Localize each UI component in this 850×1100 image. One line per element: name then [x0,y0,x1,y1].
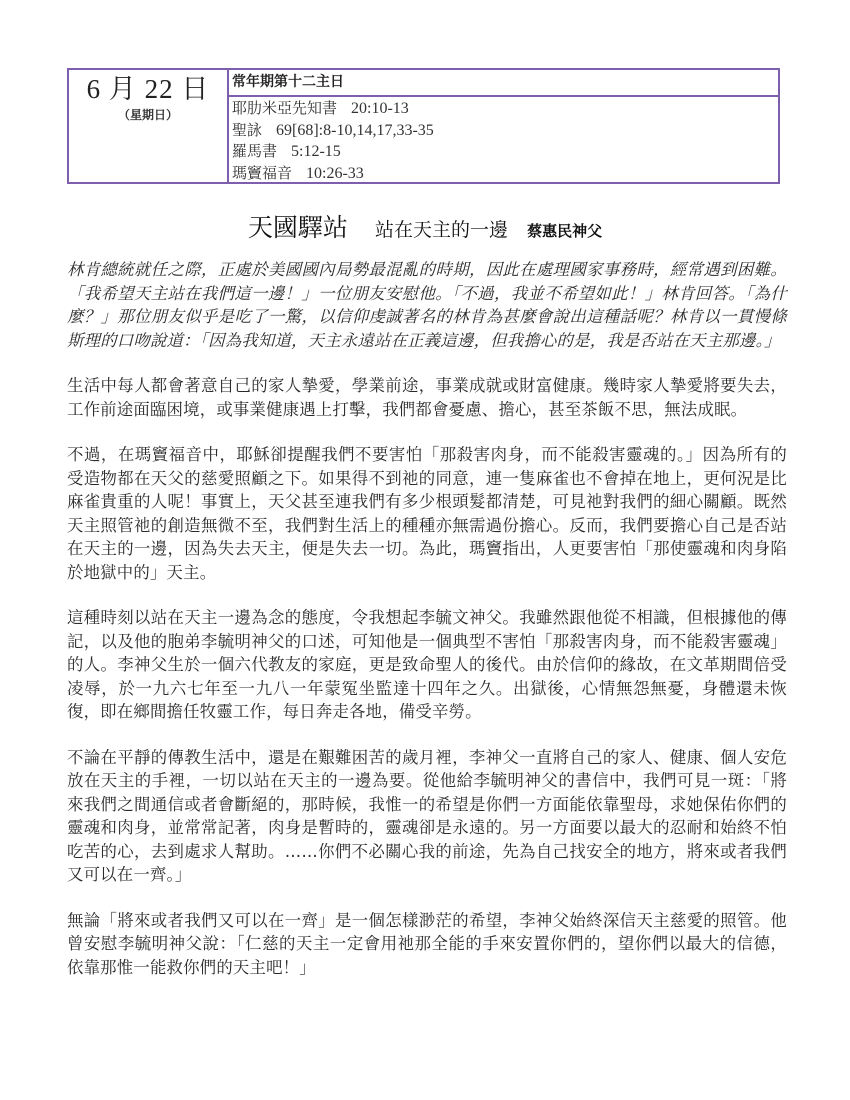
reading-book: 瑪竇福音 [232,164,292,182]
reading-book: 耶肋米亞先知書 [232,99,337,117]
reading-ref: 10:26-33 [306,165,364,182]
reading-gospel: 瑪竇福音10:26-33 [232,163,778,185]
reading-second: 羅馬書5:12-15 [232,141,778,163]
article-title: 站在天主的一邊 [375,219,508,241]
paragraph: 生活中每人都會著意自己的家人摯愛，學業前途，事業成就或財富健康。幾時家人摯愛將要… [67,374,787,421]
readings-list: 耶肋米亞先知書20:10-13 聖詠69[68]:8-10,14,17,33-3… [229,97,778,184]
paragraph: 這種時刻以站在天主一邊為念的態度，令我想起李毓文神父。我雖然跟他從不相識，但根據… [67,606,787,724]
date-cell: 6 月 22 日 （星期日） [69,70,229,182]
reading-ref: 69[68]:8-10,14,17,33-35 [276,122,434,139]
weekday: （星期日） [69,106,227,124]
paragraph: 不論在平靜的傳教生活中，還是在艱難困苦的歲月裡，李神父一直將自己的家人、健康、個… [67,746,787,887]
reading-ref: 20:10-13 [351,100,409,117]
liturgical-calendar-table: 6 月 22 日 （星期日） 常年期第十二主日 耶肋米亞先知書20:10-13 … [67,68,780,184]
article-body: 林肯總統就任之際，正處於美國國內局勢最混亂的時期，因此在處理國家事務時，經常遇到… [67,258,787,1001]
reading-book: 羅馬書 [232,142,277,160]
reading-psalm: 聖詠69[68]:8-10,14,17,33-35 [232,120,778,142]
paragraph: 不過，在瑪竇福音中，耶穌卻提醒我們不要害怕「那殺害肉身，而不能殺害靈魂的。」因為… [67,443,787,584]
column-name: 天國驛站 [248,213,348,242]
reading-book: 聖詠 [232,121,262,139]
reading-first: 耶肋米亞先知書20:10-13 [232,98,778,120]
date: 6 月 22 日 [69,74,227,104]
readings-cell: 常年期第十二主日 耶肋米亞先知書20:10-13 聖詠69[68]:8-10,1… [229,70,778,182]
feast-title: 常年期第十二主日 [229,70,778,97]
reading-ref: 5:12-15 [291,143,341,160]
article-heading: 天國驛站 站在天主的一邊 蔡惠民神父 [0,208,850,244]
paragraph-intro: 林肯總統就任之際，正處於美國國內局勢最混亂的時期，因此在處理國家事務時，經常遇到… [67,258,787,352]
paragraph: 無論「將來或者我們又可以在一齊」是一個怎樣渺茫的希望，李神父始終深信天主慈愛的照… [67,909,787,980]
article-author: 蔡惠民神父 [527,222,602,240]
